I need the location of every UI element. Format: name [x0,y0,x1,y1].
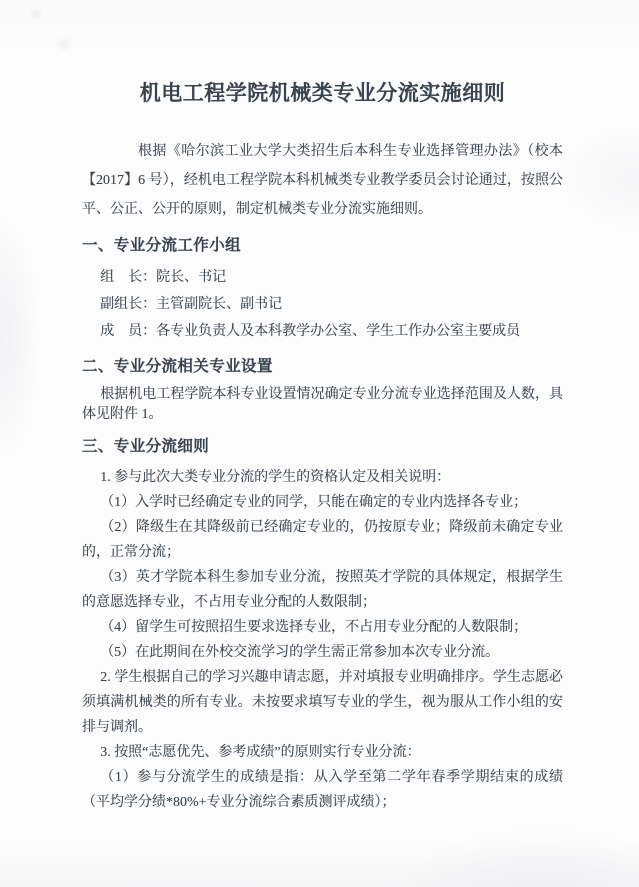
rule-item-3: 3. 按照“志愿优先、参考成绩”的原则实行专业分流： [82,740,563,765]
section-3-heading: 三、专业分流细则 [82,435,563,459]
rules-list: 1. 参与此次大类专业分流的学生的资格认定及相关说明： （1）入学时已经确定专业… [82,465,563,815]
rule-item-2: 2. 学生根据自己的学习兴趣申请志愿，并对填报专业明确排序。学生志愿必须填满机械… [82,665,563,740]
rule-item-1: 1. 参与此次大类专业分流的学生的资格认定及相关说明： [82,465,563,490]
scanned-document-page: 机电工程学院机械类专业分流实施细则 根据《哈尔滨工业大学大类招生后本科生专业选择… [0,0,639,887]
section-2-heading: 二、专业分流相关专业设置 [82,355,563,379]
section-1-heading: 一、专业分流工作小组 [82,234,563,258]
workgroup-roles: 组 长：院长、书记 副组长：主管副院长、副书记 成 员：各专业负责人及本科教学办… [82,264,563,345]
role-line-deputy-leader: 副组长：主管副院长、副书记 [82,291,563,318]
intro-paragraph: 根据《哈尔滨工业大学大类招生后本科生专业选择管理办法》（校本【2017】6 号）… [82,137,563,224]
rule-item-1-sub-3: （3）英才学院本科生参加专业分流，按照英才学院的具体规定，根据学生的意愿选择专业… [82,565,563,615]
role-line-leader: 组 长：院长、书记 [82,264,563,291]
rule-item-1-sub-4: （4）留学生可按照招生要求选择专业，不占用专业分配的人数限制； [82,615,563,640]
rule-item-1-sub-5: （5）在此期间在外校交流学习的学生需正常参加本次专业分流。 [82,640,563,665]
rule-item-1-sub-1: （1）入学时已经确定专业的同学，只能在确定的专业内选择各专业； [82,490,563,515]
rule-item-3-sub-1: （1）参与分流学生的成绩是指：从入学至第二学年春季学期结束的成绩（平均学分绩*8… [82,765,563,815]
document-title: 机电工程学院机械类专业分流实施细则 [82,80,563,107]
rule-item-1-sub-2: （2）降级生在其降级前已经确定专业的，仍按原专业；降级前未确定专业的，正常分流； [82,515,563,565]
section-2-paragraph: 根据机电工程学院本科专业设置情况确定专业分流专业选择范围及人数，具体见附件 1。 [82,385,563,425]
role-line-members: 成 员：各专业负责人及本科教学办公室、学生工作办公室主要成员 [82,318,563,345]
